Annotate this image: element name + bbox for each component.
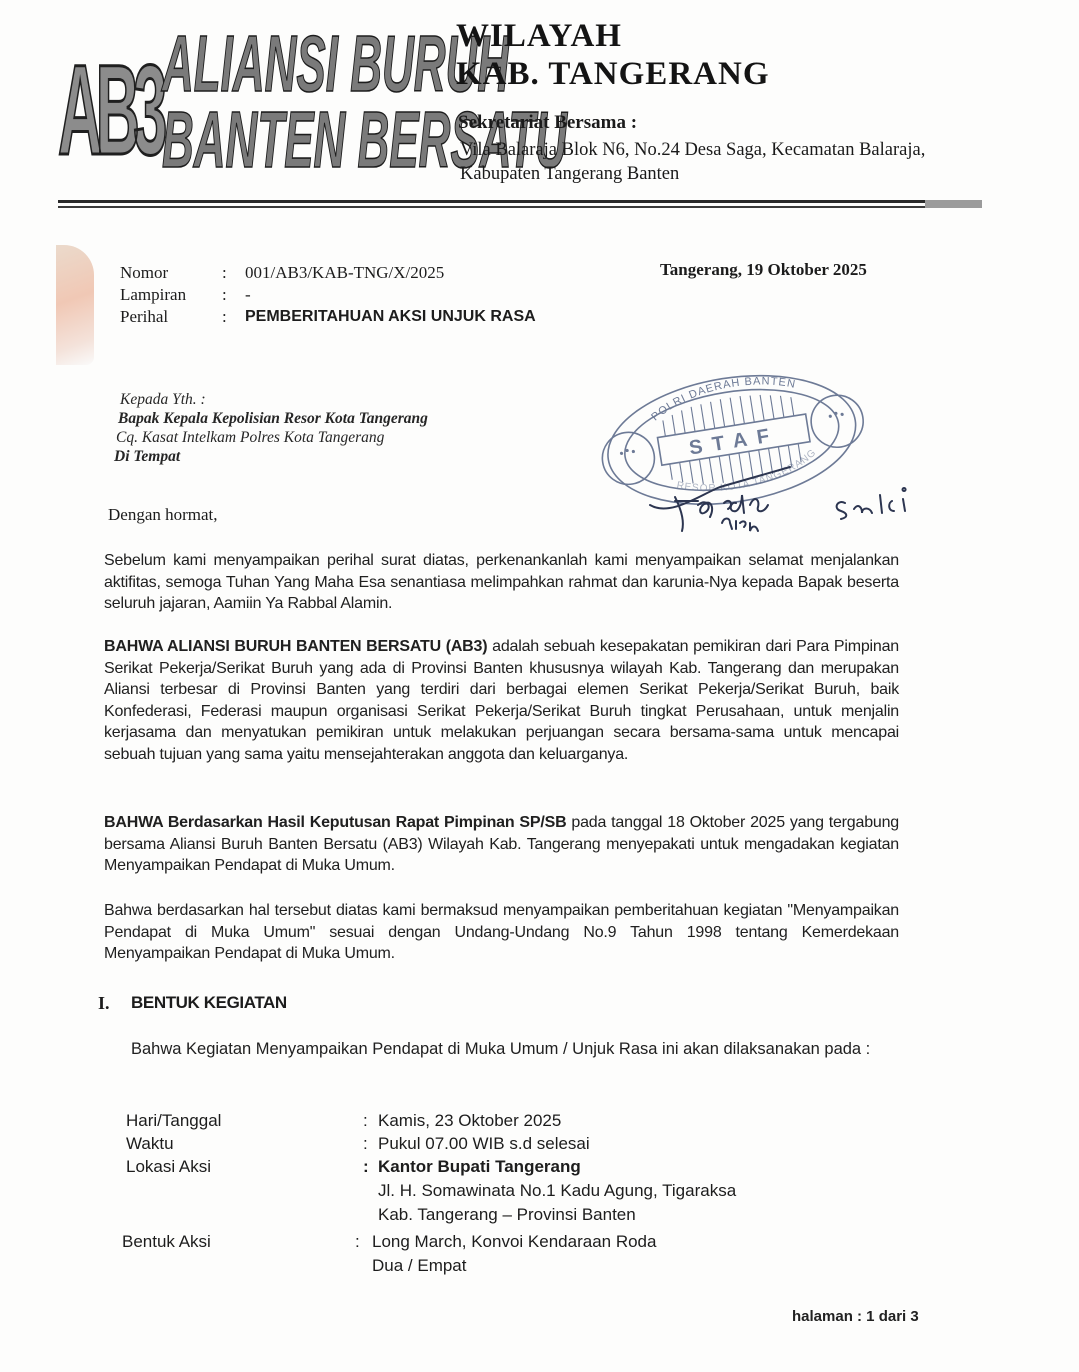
- addressee-cq: Cq. Kasat Intelkam Polres Kota Tangerang: [116, 428, 384, 447]
- letterhead-divider-end: [925, 200, 982, 208]
- meta-value-lampiran: -: [245, 284, 251, 305]
- letterhead-divider-inner: [58, 206, 982, 208]
- detail-colon: :: [363, 1110, 368, 1132]
- addressee-place: Di Tempat: [114, 447, 180, 466]
- detail-colon: :: [363, 1133, 368, 1155]
- paragraph-about-ab3-text: adalah sebuah kesepakatan pemikiran dari…: [104, 638, 899, 763]
- section-number: I.: [98, 993, 110, 1014]
- paragraph-decision-lead: BAHWA Berdasarkan Hasil Keputusan Rapat …: [104, 814, 566, 831]
- paragraph-legal-basis: Bahwa berdasarkan hal tersebut diatas ka…: [104, 900, 899, 965]
- paragraph-opening: Sebelum kami menyampaikan perihal surat …: [104, 550, 899, 615]
- section-intro: Bahwa Kegiatan Menyampaikan Pendapat di …: [131, 1038, 889, 1060]
- meta-value-nomor: 001/AB3/KAB-TNG/X/2025: [245, 262, 444, 283]
- detail-label-action-form: Bentuk Aksi: [122, 1231, 211, 1253]
- detail-colon: :: [363, 1156, 369, 1178]
- detail-value-location: Kantor Bupati Tangerang: [378, 1156, 581, 1178]
- detail-value-action-form: Long March, Konvoi Kendaraan Roda: [372, 1231, 656, 1253]
- detail-colon: :: [355, 1231, 360, 1253]
- detail-value-time: Pukul 07.00 WIB s.d selesai: [378, 1133, 590, 1155]
- detail-value-date: Kamis, 23 Oktober 2025: [378, 1110, 561, 1132]
- greeting: Dengan hormat,: [108, 505, 218, 525]
- meta-colon: :: [222, 306, 227, 327]
- detail-value-location-address: Jl. H. Somawinata No.1 Kadu Agung, Tigar…: [378, 1180, 736, 1202]
- addressee-intro: Kepada Yth. :: [120, 390, 206, 409]
- detail-value-action-form-cont: Dua / Empat: [372, 1255, 467, 1277]
- secretariat-label: Sekretariat Bersama :: [458, 112, 637, 134]
- place-date: Tangerang, 19 Oktober 2025: [660, 260, 867, 280]
- secretariat-address: Vila Balaraja Blok N6, No.24 Desa Saga, …: [460, 138, 940, 186]
- meta-label-nomor: Nomor: [120, 262, 168, 283]
- finger-artifact: [56, 245, 94, 365]
- meta-label-perihal: Perihal: [120, 306, 168, 327]
- detail-label-location: Lokasi Aksi: [126, 1156, 211, 1178]
- region-title-line1: WILAYAH: [456, 18, 622, 55]
- meta-value-perihal: PEMBERITAHUAN AKSI UNJUK RASA: [245, 306, 536, 327]
- letterhead-divider: [58, 200, 982, 203]
- meta-colon: :: [222, 262, 227, 283]
- section-title: BENTUK KEGIATAN: [131, 993, 287, 1013]
- paragraph-about-ab3: BAHWA ALIANSI BURUH BANTEN BERSATU (AB3)…: [104, 636, 899, 766]
- detail-value-location-region: Kab. Tangerang – Provinsi Banten: [378, 1204, 636, 1226]
- paragraph-decision: BAHWA Berdasarkan Hasil Keputusan Rapat …: [104, 812, 899, 877]
- paragraph-about-ab3-lead: BAHWA ALIANSI BURUH BANTEN BERSATU (AB3): [104, 638, 487, 655]
- detail-label-time: Waktu: [126, 1133, 174, 1155]
- signature-icon: [640, 465, 930, 535]
- logo-ab3-mark: AB3: [58, 36, 116, 186]
- addressee-recipient: Bapak Kepala Kepolisian Resor Kota Tange…: [118, 409, 428, 428]
- detail-label-date: Hari/Tanggal: [126, 1110, 221, 1132]
- meta-label-lampiran: Lampiran: [120, 284, 186, 305]
- page-number: halaman : 1 dari 3: [792, 1308, 919, 1325]
- meta-colon: :: [222, 284, 227, 305]
- region-title-line2: KAB. TANGERANG: [456, 56, 769, 93]
